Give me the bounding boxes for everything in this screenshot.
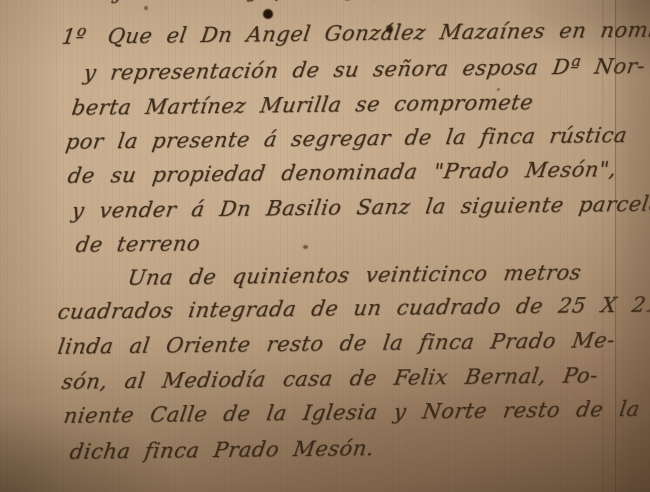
handwritten-line: y vender á Dn Basilio Sanz la siguiente … [70, 191, 650, 224]
handwritten-line-cutoff: …ajo de …… y p…… y p…… [80, 0, 433, 5]
handwritten-line: berta Martínez Murilla se compromete [70, 89, 535, 121]
handwritten-line: són, al Mediodía casa de Felix Bernal, P… [60, 362, 600, 395]
handwritten-line: niente Calle de la Iglesia y Norte resto… [62, 396, 642, 429]
handwritten-line: por la presente á segregar de la finca r… [64, 122, 629, 155]
handwritten-line: linda al Oriente resto de la finca Prado… [56, 327, 617, 360]
handwritten-line: de terreno [74, 230, 202, 258]
ink-speck [144, 6, 148, 10]
ink-blot [263, 9, 273, 19]
manuscript-photo: …ajo de …… y p…… y p…… 1º Que el Dn Ange… [0, 0, 650, 492]
handwritten-line-parcel-start: Una de quinientos veinticinco metros [126, 259, 583, 291]
handwritten-line: de su propiedad denominada "Prado Mesón"… [66, 156, 618, 189]
handwritten-line-clause-1: 1º Que el Dn Angel González Mazaínes en … [60, 16, 650, 50]
ink-speck [303, 245, 308, 249]
handwritten-line: y representación de su señora esposa Dª … [82, 53, 647, 86]
handwritten-line: cuadrados integrada de un cuadrado de 25… [56, 292, 650, 325]
handwritten-line-last: dicha finca Prado Mesón. [68, 435, 376, 465]
